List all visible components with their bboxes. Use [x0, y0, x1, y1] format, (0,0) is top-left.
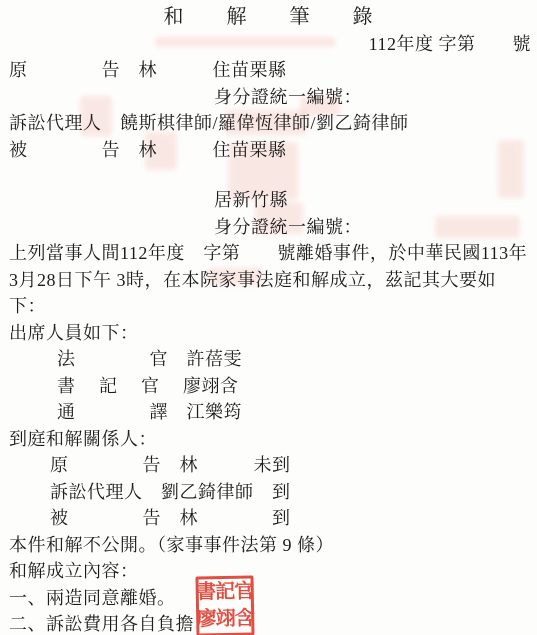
plaintiff-id-line: 身分證統一編號： [0, 84, 537, 111]
case-number: 112年度 字第 號 [0, 31, 537, 58]
blank-line [0, 163, 537, 187]
body-line-3: 下： [0, 293, 537, 320]
content-item-1: 一、兩造同意離婚。 [0, 585, 537, 612]
settlement-record-document: 和 解 筆 錄 112年度 字第 號 原 告 林 住苗栗縣 身分證統一編號： 訴… [0, 0, 537, 635]
privacy-line: 本件和解不公開。（家事事件法第 9 條） [0, 532, 537, 559]
attendees-header: 出席人員如下： [0, 320, 537, 347]
appearance-plaintiff-line: 原 告 林 未到 [0, 452, 537, 479]
counsel-line: 訴訟代理人 饒斯棋律師/羅偉恆律師/劉乙錡律師 [0, 110, 537, 137]
clerk-seal-name: 廖翊含 [197, 607, 254, 633]
defendant-id-line: 身分證統一編號： [0, 214, 537, 241]
clerk-seal-stamp: 書記官 廖翊含 [195, 575, 254, 635]
appearance-counsel-line: 訴訟代理人 劉乙錡律師 到 [0, 479, 537, 506]
defendant-residence-line: 居新竹縣 [0, 187, 537, 214]
interpreter-line: 通 譯 江樂筠 [0, 399, 537, 426]
content-header: 和解成立內容： [0, 558, 537, 585]
body-line-2: 3月28日下午 3時，在本院家事法庭和解成立，茲記其大要如 [0, 267, 537, 294]
judge-line: 法 官 許蓓雯 [0, 346, 537, 373]
appearance-defendant-line: 被 告 林 到 [0, 505, 537, 532]
document-title: 和 解 筆 錄 [0, 4, 537, 31]
plaintiff-line: 原 告 林 住苗栗縣 [0, 57, 537, 84]
content-item-2: 二、訴訟費用各自負擔 [0, 611, 537, 635]
body-line-1: 上列當事人間112年度 字第 號離婚事件，於中華民國113年 [0, 240, 537, 267]
clerk-seal-title: 書記官 [196, 580, 253, 606]
defendant-line: 被 告 林 住苗栗縣 [0, 137, 537, 164]
appearance-header: 到庭和解關係人： [0, 426, 537, 453]
clerk-line: 書 記 官 廖翊含 [0, 373, 537, 400]
document-body: 和 解 筆 錄 112年度 字第 號 原 告 林 住苗栗縣 身分證統一編號： 訴… [0, 4, 537, 635]
